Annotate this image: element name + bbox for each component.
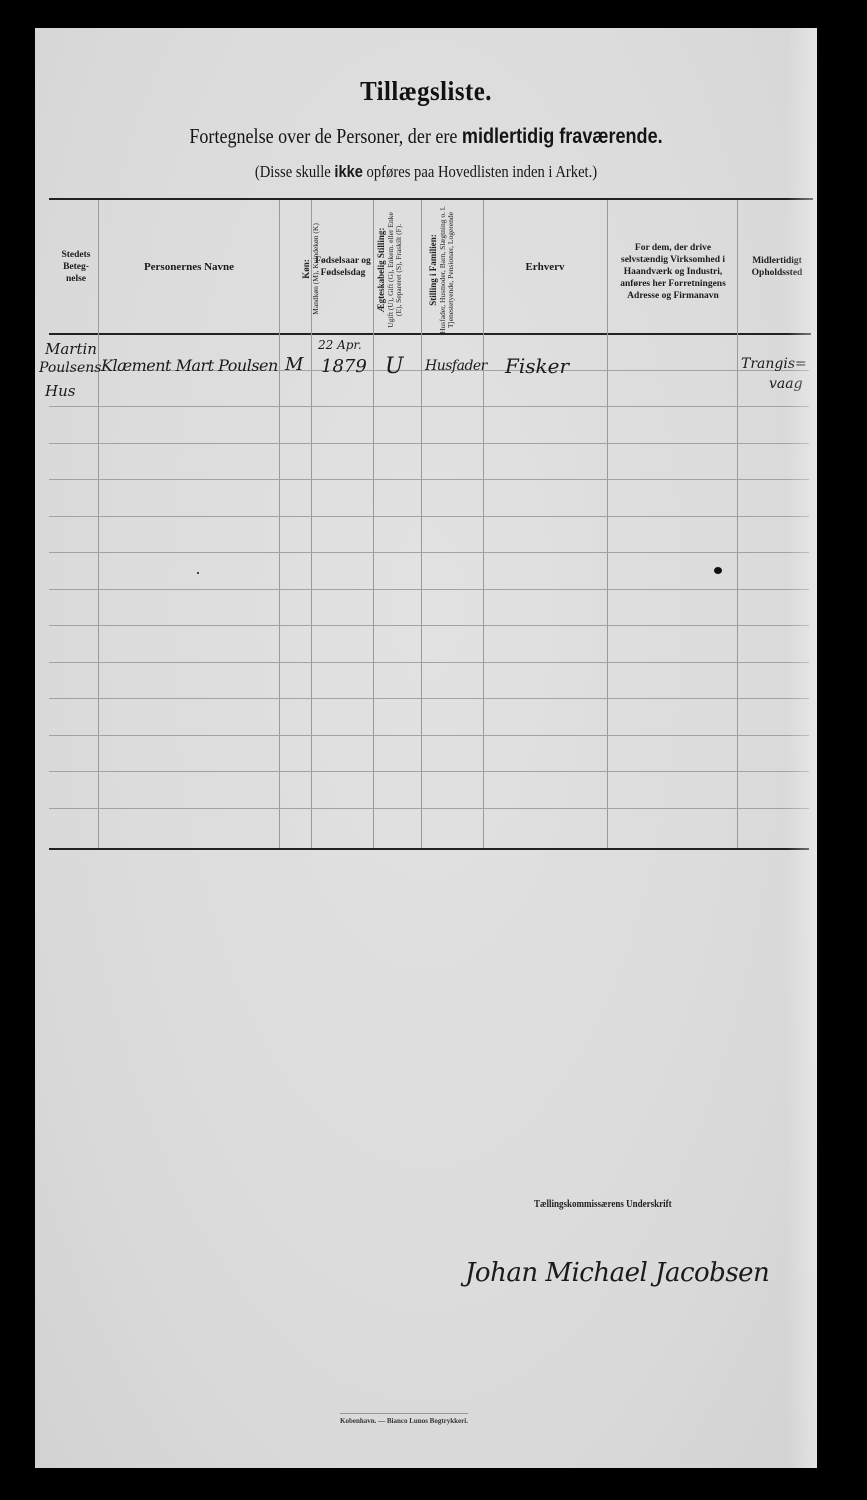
column-divider (279, 200, 280, 848)
table-row-line (49, 479, 809, 480)
table-row-line (49, 516, 809, 517)
entry-aegteskabelig-stilling: U (385, 354, 404, 379)
entry-erhverv: Fisker (505, 354, 569, 378)
entry-opholdssted-2: vaag (769, 376, 803, 392)
printer-imprint: Kobenhavn. — Bianco Lunos Bogtrykkeri. (340, 1413, 468, 1425)
table-row-line (49, 625, 809, 626)
entry-stedets-betegnelse-2: Poulsens (39, 360, 101, 376)
census-form-page: Tillægsliste. Fortegnelse over de Person… (35, 28, 817, 1468)
header-stedets-betegnelse: Stedets Beteg-nelse (55, 238, 97, 298)
entry-stedets-betegnelse-1: Martin (45, 340, 97, 358)
entry-name: Klæment Mart Poulsen (101, 356, 278, 375)
column-divider (737, 200, 738, 848)
table-row-line (49, 662, 809, 663)
table-row-line (49, 735, 809, 736)
table-top-rule (49, 198, 813, 200)
table-bottom-rule (49, 848, 809, 850)
header-stilling-i-familien: Stilling i Familien:Husfader, Husmoder, … (428, 206, 476, 334)
entry-fodselsaar: 1879 (321, 356, 367, 377)
entry-kon: M (285, 354, 303, 375)
entry-opholdssted-1: Trangis= (741, 356, 807, 372)
entry-stilling-i-familien: Husfader (425, 358, 487, 374)
column-divider (607, 200, 608, 848)
header-opholdssted: Midlertidigt Opholdssted (738, 248, 816, 288)
header-personernes-navne: Personernes Navne (99, 253, 279, 283)
form-note: (Disse skulle ikke opføres paa Hovedlist… (90, 162, 763, 182)
ink-speck (714, 567, 722, 574)
signature-label: Tællingskommissærens Underskrift (534, 1199, 672, 1210)
column-divider (483, 200, 484, 848)
header-forretning: For dem, der drive selvstændig Virksomhe… (613, 223, 733, 323)
column-divider (98, 200, 99, 848)
ink-speck (197, 572, 199, 574)
entry-stedets-betegnelse-3: Hus (45, 382, 75, 400)
form-subtitle: Fortegnelse over de Personer, der ere mi… (90, 124, 763, 149)
table-row-line (49, 698, 809, 699)
header-erhverv: Erhverv (484, 253, 606, 283)
table-row-line (49, 808, 809, 809)
table-row-line (49, 552, 809, 553)
entry-fodselsdag: 22 Apr. (318, 338, 362, 352)
form-title: Tillægsliste. (66, 76, 785, 107)
table-row-line (49, 443, 809, 444)
column-divider (421, 200, 422, 848)
header-aegteskabelig-stilling: Ægteskabelig Stilling:Ugift (U), Gift (G… (376, 206, 416, 334)
signature-name: Johan Michael Jacobsen (465, 1258, 769, 1288)
header-fodselsaar: Fødselsaar og Fødselsdag (315, 243, 371, 293)
table-row-line (49, 589, 809, 590)
column-divider (373, 200, 374, 848)
table-row-line (49, 771, 809, 772)
table-row-line (49, 406, 809, 407)
